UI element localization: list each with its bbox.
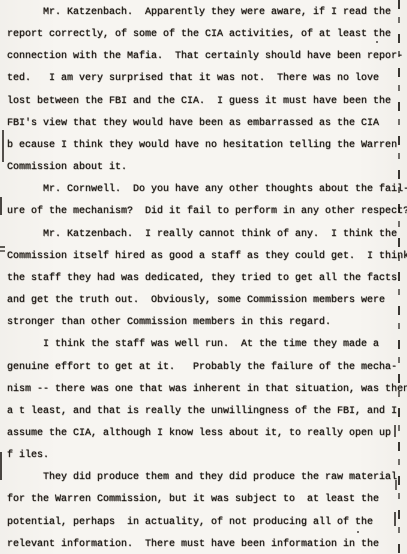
text-line: Commission about it. (7, 157, 407, 179)
text-line: b ecause I think they would have no hesi… (7, 135, 407, 157)
scan-artifact-left-tick (0, 246, 5, 248)
text-line: Commission itself hired as good a staff … (7, 246, 407, 268)
text-line: FBI's view that they would have been as … (7, 113, 407, 135)
text-line: and get the truth out. Obviously, some C… (7, 290, 407, 312)
scan-artifact-dot (376, 41, 378, 43)
text-line: report correctly, of some of the CIA act… (7, 24, 407, 46)
text-line: They did produce them and they did produ… (7, 467, 407, 489)
text-line: potential, perhaps in actuality, of not … (7, 512, 407, 534)
scan-artifact-left-tick (2, 130, 4, 162)
text-line: ted. I am very surprised that it was not… (7, 68, 407, 90)
document-page: Mr. Katzenbach. Apparently they were awa… (0, 0, 407, 554)
text-line: genuine effort to get at it. Probably th… (7, 357, 407, 379)
typewritten-text-block: Mr. Katzenbach. Apparently they were awa… (7, 2, 407, 554)
text-line: relevant information. There must have be… (7, 534, 407, 554)
text-line: stronger than other Commission members i… (7, 312, 407, 334)
text-line: Mr. Katzenbach. I really cannot think of… (7, 224, 407, 246)
text-line: lost between the FBI and the CIA. I gues… (7, 91, 407, 113)
scan-artifact-right-margin-line (398, 0, 400, 554)
text-line: the staff they had was dedicated, they t… (7, 268, 407, 290)
text-line: Mr. Katzenbach. Apparently they were awa… (7, 2, 407, 24)
text-line: connection with the Mafia. That certainl… (7, 46, 407, 68)
scan-artifact-right-tick (394, 512, 396, 526)
scan-artifact-left-tick (0, 197, 2, 215)
text-line: ure of the mechanism? Did it fail to per… (7, 201, 407, 223)
text-line: f iles. (7, 445, 407, 467)
text-line: Mr. Cornwell. Do you have any other thou… (7, 179, 407, 201)
text-line: nism -- there was one that was inherent … (7, 379, 407, 401)
scan-artifact-right-tick (394, 425, 396, 437)
text-line: a t least, and that is really the unwill… (7, 401, 407, 423)
scan-artifact-right-tick (395, 480, 397, 490)
scan-artifact-left-tick (0, 452, 2, 480)
text-line: assume the CIA, although I know less abo… (7, 423, 407, 445)
text-line: for the Warren Commission, but it was su… (7, 489, 407, 511)
text-line: I think the staff was well run. At the t… (7, 334, 407, 356)
scan-artifact-dot (357, 531, 359, 533)
